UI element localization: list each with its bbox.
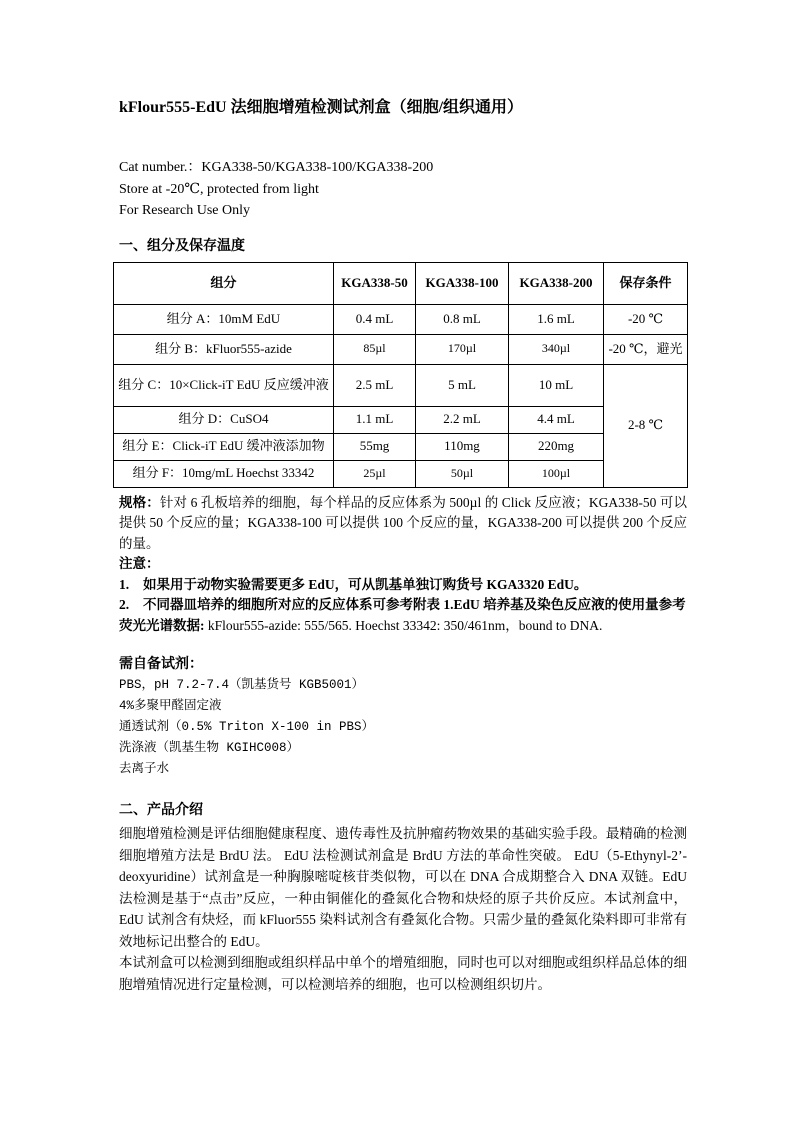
section2-heading: 二、产品介绍 xyxy=(119,803,687,819)
notice-item-text: 如果用于动物实验需要更多 EdU，可从凯基单独订购货号 KGA3320 EdU。 xyxy=(143,575,587,596)
value-cell-200: 100µl xyxy=(509,460,604,487)
reagent-item-paraformaldehyde: 4%多聚甲醛固定液 xyxy=(119,696,687,717)
fluorescence-text: kFlour555-azide: 555/565. Hoechst 33342:… xyxy=(205,618,603,633)
reagent-item-permeabilization: 通透试剂（0.5% Triton X-100 in PBS） xyxy=(119,717,687,738)
spec-note: 规格：针对 6 孔板培养的细胞，每个样品的反应体系为 500µl 的 Click… xyxy=(119,493,687,555)
component-name-cell: 组分 F：10mg/mL Hoechst 33342 xyxy=(114,460,334,487)
value-cell-100: 110mg xyxy=(416,433,509,460)
research-use-line: For Research Use Only xyxy=(119,200,687,222)
spec-label: 规格： xyxy=(119,495,160,510)
document-title: kFlour555-EdU 法细胞增殖检测试剂盒（细胞/组织通用） xyxy=(119,0,687,117)
value-cell-50: 25µl xyxy=(334,460,416,487)
value-cell-50: 0.4 mL xyxy=(334,304,416,334)
value-cell-200: 220mg xyxy=(509,433,604,460)
header-cell-component: 组分 xyxy=(114,262,334,304)
value-cell-100: 2.2 mL xyxy=(416,406,509,433)
value-cell-100: 50µl xyxy=(416,460,509,487)
value-cell-50: 85µl xyxy=(334,334,416,364)
value-cell-100: 170µl xyxy=(416,334,509,364)
component-name-cell: 组分 E：Click-iT EdU 缓冲液添加物 xyxy=(114,433,334,460)
reagent-item-wash-buffer: 洗涤液（凯基生物 KGIHC008） xyxy=(119,738,687,759)
reagent-item-deionized-water: 去离子水 xyxy=(119,759,687,780)
meta-block: Cat number.：KGA338-50/KGA338-100/KGA338-… xyxy=(119,157,687,222)
header-cell-kga338-100: KGA338-100 xyxy=(416,262,509,304)
component-name-cell: 组分 A：10mM EdU xyxy=(114,304,334,334)
intro-paragraph-1: 细胞增殖检测是评估细胞健康程度、遗传毒性及抗肿瘤药物效果的基础实验手段。最精确的… xyxy=(119,823,687,952)
components-table: 组分 KGA338-50 KGA338-100 KGA338-200 保存条件 … xyxy=(113,262,688,488)
value-cell-200: 1.6 mL xyxy=(509,304,604,334)
notice-item-text: 不同器皿培养的细胞所对应的反应体系可参考附表 1.EdU 培养基及染色反应液的使… xyxy=(143,595,686,616)
intro-paragraph-2: 本试剂盒可以检测到细胞或组织样品中单个的增殖细胞，同时也可以对细胞或组织样品总体… xyxy=(119,952,687,995)
table-row-component-f: 组分 F：10mg/mL Hoechst 33342 25µl 50µl 100… xyxy=(114,460,688,487)
intro-block: 细胞增殖检测是评估细胞健康程度、遗传毒性及抗肿瘤药物效果的基础实验手段。最精确的… xyxy=(119,823,687,995)
storage-condition-line: Store at -20℃, protected from light xyxy=(119,179,687,201)
header-cell-storage: 保存条件 xyxy=(604,262,688,304)
spec-text: 针对 6 孔板培养的细胞，每个样品的反应体系为 500µl 的 Click 反应… xyxy=(119,495,687,551)
table-row-component-e: 组分 E：Click-iT EdU 缓冲液添加物 55mg 110mg 220m… xyxy=(114,433,688,460)
value-cell-200: 340µl xyxy=(509,334,604,364)
header-cell-kga338-200: KGA338-200 xyxy=(509,262,604,304)
storage-cell: -20 ℃，避光 xyxy=(604,334,688,364)
notice-item-number: 1. xyxy=(119,575,143,596)
notes-block: 规格：针对 6 孔板培养的细胞，每个样品的反应体系为 500µl 的 Click… xyxy=(119,493,687,637)
notice-item-2: 2. 不同器皿培养的细胞所对应的反应体系可参考附表 1.EdU 培养基及染色反应… xyxy=(119,595,687,616)
header-cell-kga338-50: KGA338-50 xyxy=(334,262,416,304)
self-prepare-heading: 需自备试剂： xyxy=(119,657,687,673)
value-cell-200: 10 mL xyxy=(509,364,604,406)
table-header-row: 组分 KGA338-50 KGA338-100 KGA338-200 保存条件 xyxy=(114,262,688,304)
notice-item-1: 1. 如果用于动物实验需要更多 EdU，可从凯基单独订购货号 KGA3320 E… xyxy=(119,575,687,596)
value-cell-200: 4.4 mL xyxy=(509,406,604,433)
notice-item-number: 2. xyxy=(119,595,143,616)
catalog-number-line: Cat number.：KGA338-50/KGA338-100/KGA338-… xyxy=(119,157,687,179)
document-content: kFlour555-EdU 法细胞增殖检测试剂盒（细胞/组织通用） Cat nu… xyxy=(0,0,794,995)
component-name-cell: 组分 B：kFluor555-azide xyxy=(114,334,334,364)
storage-cell: -20 ℃ xyxy=(604,304,688,334)
document-page: kFlour555-EdU 法细胞增殖检测试剂盒（细胞/组织通用） Cat nu… xyxy=(0,0,794,1123)
component-name-cell: 组分 C：10×Click-iT EdU 反应缓冲液 xyxy=(114,364,334,406)
notice-heading: 注意： xyxy=(119,554,687,575)
value-cell-100: 5 mL xyxy=(416,364,509,406)
storage-cell-merged: 2-8 ℃ xyxy=(604,364,688,487)
table-row-component-d: 组分 D：CuSO4 1.1 mL 2.2 mL 4.4 mL xyxy=(114,406,688,433)
reagent-list: PBS，pH 7.2-7.4（凯基货号 KGB5001） 4%多聚甲醛固定液 通… xyxy=(119,675,687,780)
section1-heading: 一、组分及保存温度 xyxy=(119,239,687,255)
fluorescence-label: 荧光光谱数据: xyxy=(119,618,205,633)
value-cell-50: 55mg xyxy=(334,433,416,460)
table-row-component-a: 组分 A：10mM EdU 0.4 mL 0.8 mL 1.6 mL -20 ℃ xyxy=(114,304,688,334)
value-cell-50: 2.5 mL xyxy=(334,364,416,406)
table-row-component-c: 组分 C：10×Click-iT EdU 反应缓冲液 2.5 mL 5 mL 1… xyxy=(114,364,688,406)
fluorescence-data-line: 荧光光谱数据: kFlour555-azide: 555/565. Hoechs… xyxy=(119,616,687,637)
component-name-cell: 组分 D：CuSO4 xyxy=(114,406,334,433)
value-cell-100: 0.8 mL xyxy=(416,304,509,334)
reagent-item-pbs: PBS，pH 7.2-7.4（凯基货号 KGB5001） xyxy=(119,675,687,696)
value-cell-50: 1.1 mL xyxy=(334,406,416,433)
table-row-component-b: 组分 B：kFluor555-azide 85µl 170µl 340µl -2… xyxy=(114,334,688,364)
